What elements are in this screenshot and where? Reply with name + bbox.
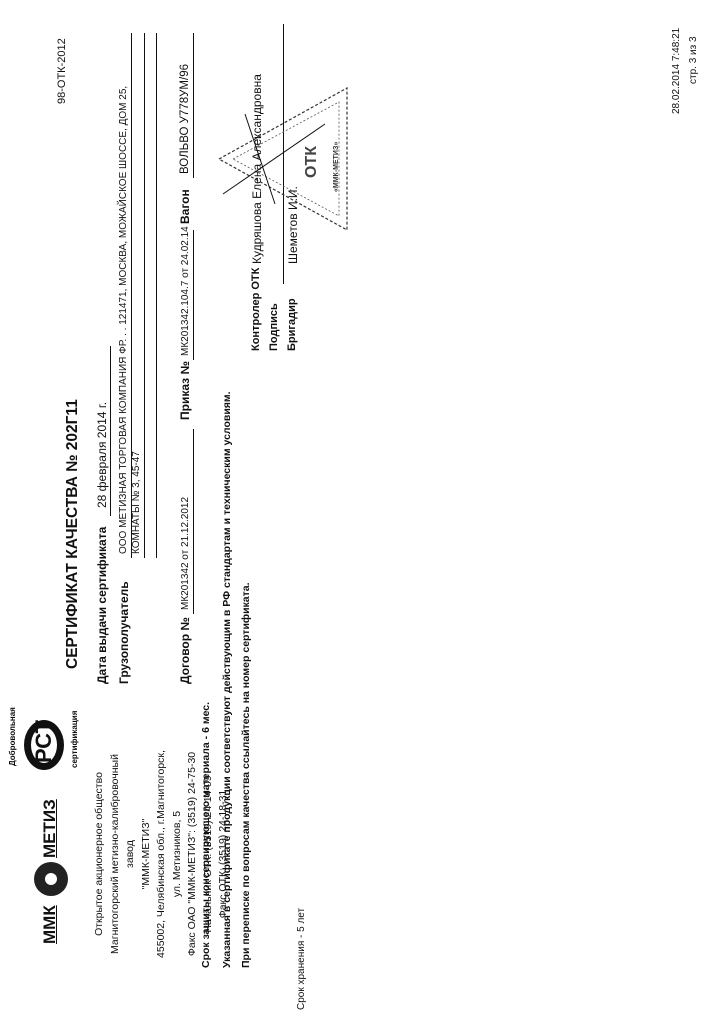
print-timestamp: 28.02.2014 7:48:21 bbox=[671, 28, 682, 114]
wagon-label: Вагон bbox=[178, 189, 192, 224]
page-number: стр. 3 из 3 bbox=[688, 36, 699, 84]
wagon-value: ВОЛЬВО У778УМ/96 bbox=[179, 64, 191, 174]
certificate-page: 98-ОТК-2012 ММК МЕТИЗ Добровольная РСТ с… bbox=[0, 0, 724, 1024]
company-line: ул. Метизников, 5 bbox=[170, 744, 186, 964]
cert-mark-top: Добровольная bbox=[8, 707, 17, 766]
stamp-center-text: ОТК bbox=[303, 146, 321, 178]
issue-date-underline bbox=[110, 346, 111, 516]
consignee-underline-2 bbox=[144, 33, 145, 558]
otk-stamp: ОТК «ММК-МЕТИЗ» bbox=[215, 84, 355, 234]
correspondence-note: При переписке по вопросам качества ссыла… bbox=[240, 582, 252, 968]
contract-value: МК201342 от 21.12.2012 bbox=[180, 497, 191, 610]
compliance-note: Указанная в сертификате продукции соотве… bbox=[221, 391, 233, 968]
company-line: Открытое акционерное общество bbox=[92, 744, 108, 964]
company-line: "ММК-МЕТИЗ" bbox=[139, 744, 155, 964]
cert-mark: Добровольная РСТ сертификация bbox=[8, 704, 88, 784]
signature-label: Подпись bbox=[268, 303, 280, 351]
certificate-title: СЕРТИФИКАТ КАЧЕСТВА № 202Г11 bbox=[64, 399, 82, 669]
wagon-underline bbox=[193, 33, 194, 178]
company-line: Факс ОАО "ММК-МЕТИЗ": (3519) 24-75-30 bbox=[185, 744, 201, 964]
order-label: Приказ № bbox=[178, 361, 192, 420]
logo-disc-icon bbox=[34, 862, 68, 896]
consignee-line2: КОМНАТЫ № 3, 45-47 bbox=[131, 451, 142, 554]
storage-period: Срок хранения - 5 лет bbox=[296, 908, 307, 1010]
issue-date-value: 28 февраля 2014 г. bbox=[95, 402, 109, 508]
consignee-line1: ООО МЕТИЗНАЯ ТОРГОВАЯ КОМПАНИЯ ФР. . . 1… bbox=[118, 86, 129, 554]
logo-metiz: МЕТИЗ bbox=[40, 799, 60, 858]
contract-underline bbox=[193, 429, 194, 614]
cert-mark-icon: РСТ bbox=[24, 720, 64, 770]
order-value: МК201342.104.7 от 24.02.14 bbox=[180, 226, 191, 356]
stamp-bottom-text: «ММК-МЕТИЗ» bbox=[333, 142, 340, 192]
protection-note: Срок защиты консервирующего материала - … bbox=[200, 702, 212, 968]
logo-mmk: ММК bbox=[40, 905, 60, 944]
company-line: Магнитогорский метизно-калибровочный зав… bbox=[108, 744, 139, 964]
company-line: 455002, Челябинская обл., г.Магнитогорск… bbox=[154, 744, 170, 964]
contract-label: Договор № bbox=[178, 617, 192, 684]
issue-date-label: Дата выдачи сертификата bbox=[95, 527, 109, 684]
form-code: 98-ОТК-2012 bbox=[56, 38, 68, 104]
cert-mark-bottom: сертификация bbox=[70, 711, 79, 768]
foreman-label: Бригадир bbox=[286, 298, 298, 351]
order-underline bbox=[193, 230, 194, 360]
controller-label: Контролер ОТК bbox=[250, 268, 262, 351]
consignee-underline-3 bbox=[156, 33, 157, 558]
consignee-label: Грузополучатель bbox=[117, 581, 131, 684]
